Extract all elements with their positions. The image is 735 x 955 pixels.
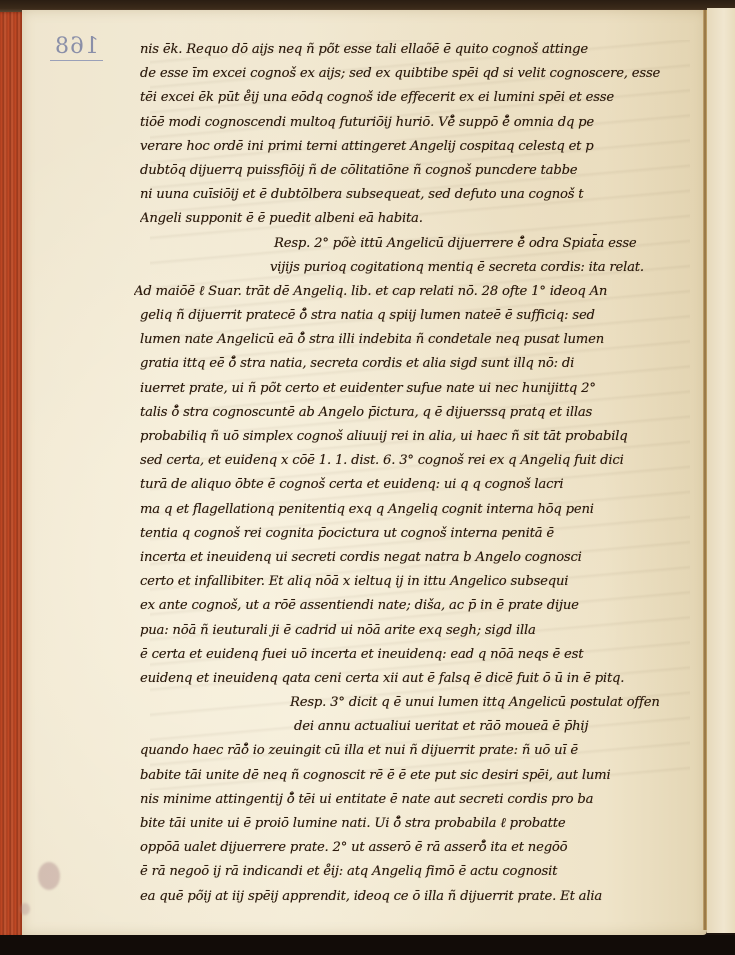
text-line: incerta et ineuidenq ui secreti cordis n… [140,546,688,570]
text-line: dei annu actualiui ueritat et rāō moueā … [140,715,688,739]
text-line: ē certa et euidenq fuei uō incerta et in… [140,643,688,667]
text-line: nis minime attingentij ō̊ tēi ui entitat… [140,788,688,812]
bottom-background [0,935,735,955]
text-line: sed certa, et euidenq x cōē 1. 1. dist. … [140,449,688,473]
text-line: Ad maiōē ℓ Suar. trāt dē Angeliq. lib. e… [134,280,688,304]
facing-page-strip [707,8,735,933]
text-line: tentia q cognoš rei cognita p̄ocictura u… [140,522,688,546]
text-line: dubtōq dijuerrq puissfiōij ñ de cōlitati… [140,159,688,183]
text-line: de esse īm excei cognoš ex aijs; sed ex … [140,62,688,86]
text-line: ma q et flagellationq penitentiq exq q A… [140,498,688,522]
text-line: turā de aliquo ōbte ē cognoš certa et eu… [140,473,688,497]
text-line: bite tāi unite ui ē proiō lumine nati. U… [140,812,688,836]
paper-stain-small [20,903,30,915]
text-line: probabiliq ñ uō simplex cognoš aliuuij r… [140,425,688,449]
text-line: talis ō̊ stra cognoscuntē ab Angelo p̄ic… [140,401,688,425]
manuscript-text: nis ēk. Requo dō aijs neq ñ põt esse tal… [140,38,688,909]
text-line: euidenq et ineuidenq qata ceni certa xii… [140,667,688,691]
response-heading-3: Resp. 3° dicit q ē unui lumen ittq Angel… [140,691,688,715]
text-line: iuerret prate, ui ñ põt certo et euident… [140,377,688,401]
response-heading-2: Resp. 2° põè ittū Angelicū dijuerrere ē̊… [140,232,688,256]
text-line: lumen nate Angelicū eā ō̊ stra illi inde… [140,328,688,352]
text-line: babite tāi unite dē neq ñ cognoscit rē ē… [140,764,688,788]
text-line: quando haec rāō̊ io zeuingit cū illa et … [140,739,688,763]
text-line: ni uuna cuīsiōij et ē dubtōlbera subsequ… [140,183,688,207]
text-line: oppōā ualet dijuerrere prate. 2° ut asse… [140,836,688,860]
text-line: pua: nōā ñ ieuturali ji ē cadrid ui nōā … [140,619,688,643]
text-line: tēi excei ēk pūt e̊ij una eōdq cognoš id… [140,86,688,110]
text-line: verare hoc ordē ini primi terni attinger… [140,135,688,159]
text-line: vijijs purioq cogitationq mentiq ē secre… [140,256,688,280]
paper-stain [38,862,60,890]
red-page-edge [0,12,24,937]
text-line: ē rā negoō ij rā indicandi et e̊ij: atq … [140,860,688,884]
text-line: certo et infallibiter. Et aliq nōā x iel… [140,570,688,594]
text-line: tiōē modi cognoscendi multoq futuriōij h… [140,111,688,135]
text-line: nis ēk. Requo dō aijs neq ñ põt esse tal… [140,38,688,62]
text-line: ea quē põij at iij spēij apprendit, ideo… [140,885,688,909]
text-line: ex ante cognoš, ut a rōē assentiendi nat… [140,594,688,618]
folio-number: 168 [50,34,103,61]
text-line: gratia ittq eē ō̊ stra natia, secreta co… [140,352,688,376]
manuscript-scan: 168 nis ēk. Requo dō aijs neq ñ põt esse… [0,0,735,955]
text-line: geliq ñ dijuerrit pratecē ō̊ stra natia … [140,304,688,328]
text-line: Angeli supponit ē ē puedit albeni eā hab… [140,207,688,231]
